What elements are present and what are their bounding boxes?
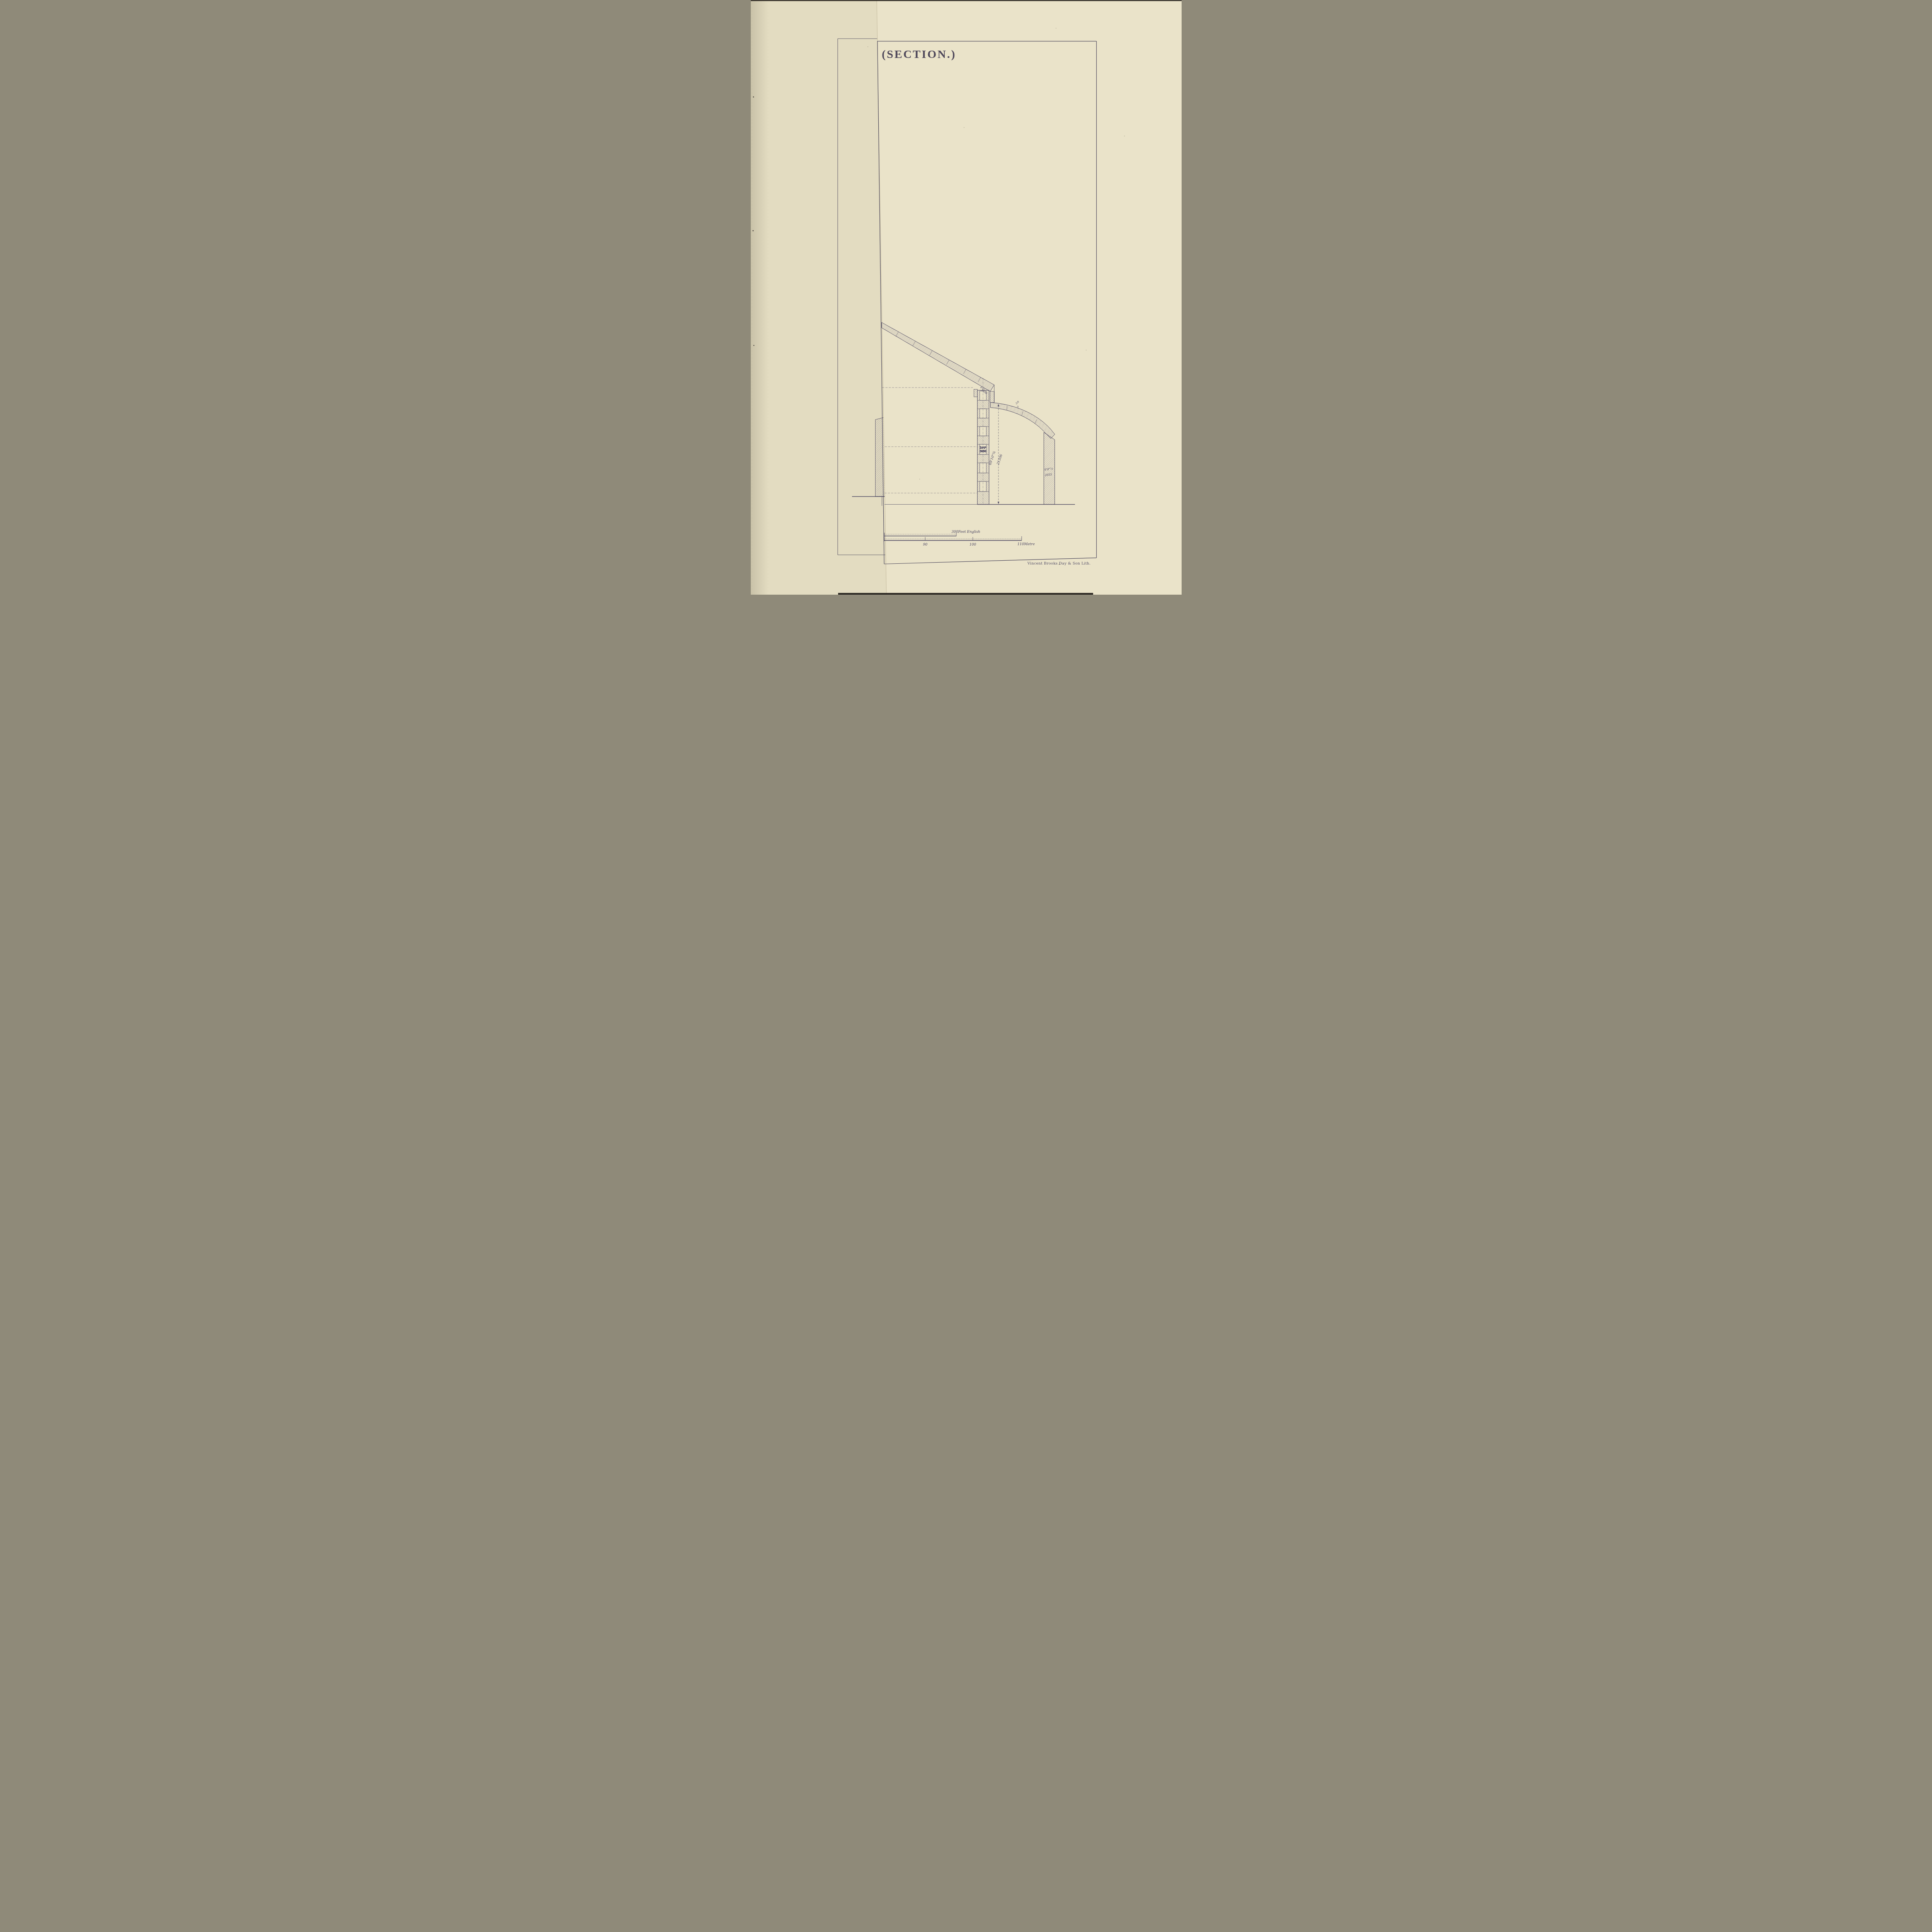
metric-tick-90: 90: [923, 543, 927, 547]
junction-block: [990, 391, 994, 403]
plate-svg: (SECTION.): [751, 0, 1182, 595]
english-scale-label: 300Feet English: [951, 530, 980, 534]
plate-title: (SECTION.): [882, 48, 956, 61]
tower-opening-dim-metric: 3050: [980, 450, 986, 453]
corbel: [974, 389, 977, 397]
metric-tick-100: 100: [969, 543, 976, 547]
metric-end-label: 110Metre: [1017, 543, 1035, 546]
scan-left-shadow: [751, 0, 769, 595]
scanned-plate-photo: (SECTION.): [751, 0, 1182, 595]
printer-credit: Vincent Brooks Day & Son Lith.: [1027, 561, 1091, 566]
tower: 10'0" 3050: [977, 378, 989, 504]
scan-bottom-edge: [838, 593, 1093, 595]
foldout-sheet: [877, 0, 1182, 595]
scan-top-edge: [751, 0, 1182, 1]
tower-opening-dim-imperial: 10'0": [980, 446, 986, 449]
